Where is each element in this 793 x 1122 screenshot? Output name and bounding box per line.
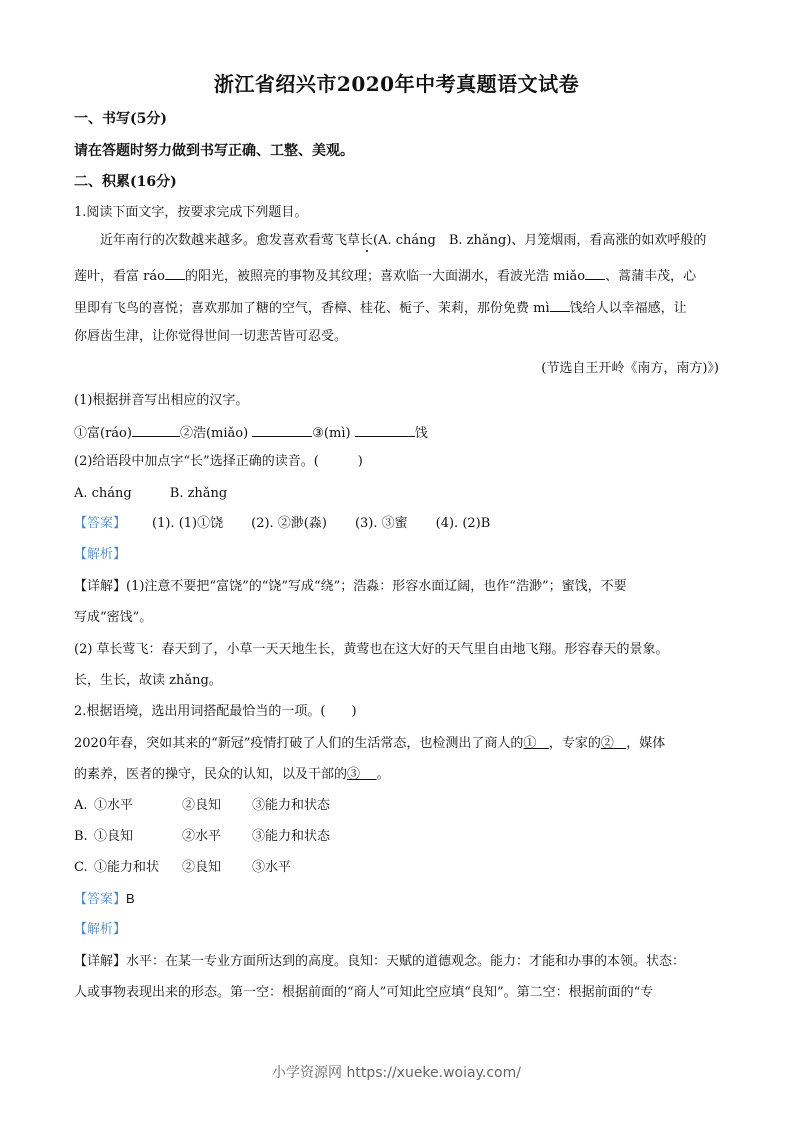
exam-page: 浙江省绍兴市2020年中考真题语文试卷 一、书写(5分) 请在答题时努力做到书写… [0,0,793,1122]
option-label: B. [74,828,94,846]
fill-blank [252,422,312,437]
option-choice-1: ①能力和状 [94,859,182,877]
blank-3: ③ [347,767,377,782]
q1-answer: 【答案】(1). (1)①饶(2). ②渺(淼)(3). ③蜜(4). (2)B [74,515,490,533]
passage-text: 近年南行的次数越来越多。愈发喜欢看莺飞草 [100,233,360,248]
q1-sub1-prompt: (1)根据拼音写出相应的汉字。 [74,392,248,410]
q1-stem: 1.阅读下面文字，按要求完成下列题目。 [74,204,307,222]
section1-heading: 一、书写(5分) [74,110,167,128]
passage-text: (A. cháng B. zhǎng)、月笼烟雨，看高涨的如欢呼般的 [373,233,706,248]
option-choice-1: ①良知 [94,828,182,846]
answer-tag: 【答案】 [74,892,126,907]
blank-2-label: ② [601,736,614,751]
q2-detail-line2: 人或事物表现出来的形态。第一空：根据前面的“商人”可知此空应填“良知”。第二空：… [74,984,653,1002]
q2-option-c: C.①能力和状②良知③水平 [74,859,291,877]
q1-passage-line3: 里即有飞鸟的喜悦；喜欢那加了糖的空气，香樟、桂花、栀子、茉莉，那份免费 mì饯给… [74,297,687,318]
option-choice-2: ②良知 [182,859,252,877]
footer-watermark: 小学资源网 https://xueke.woiay.com/ [0,1062,793,1082]
passage-text: ，专家的 [549,736,601,751]
q2-answer: 【答案】B [74,890,135,909]
passage-text: 饯给人以幸福感，让 [570,301,687,316]
q1-analysis-tag: 【解析】 [74,546,126,564]
option-choice-3: ③能力和状态 [252,829,330,844]
q1-sub2-options: A. chángB. zhǎng [74,485,227,503]
item-3-tail: 饯 [415,426,428,441]
q2-stem: 2.根据语境，选出用词搭配最恰当的一项。( ) [74,703,357,721]
q1-sub2-prompt: (2)给语段中加点字“长”选择正确的读音。( ) [74,453,363,471]
fill-blank [132,422,180,437]
blank-3-label: ③ [347,767,360,782]
q1-passage-line4: 你唇齿生津，让你觉得世间一切悲苦皆可忍受。 [74,328,347,346]
document-title: 浙江省绍兴市2020年中考真题语文试卷 [0,68,793,97]
answer-tag: 【答案】 [74,516,126,531]
detail-text: 水平：在某一专业方面所达到的高度。良知：天赋的道德观念。能力：才能和办事的本领。… [126,954,685,969]
q1-detail-line2: 写成“密饯”。 [74,609,152,627]
detail-tag: 【详解】 [74,954,126,969]
section1-instruction: 请在答题时努力做到书写正确、工整、美观。 [74,142,354,160]
q1-sub1-items: ①富(ráo)②浩(miǎo) ③(mì) 饯 [74,422,428,443]
q2-analysis-tag: 【解析】 [74,921,126,939]
option-a: A. cháng [74,486,132,501]
option-choice-3: ③能力和状态 [252,798,330,813]
q2-passage-line2: 的素养，医者的操守，民众的认知，以及干部的③ 。 [74,766,390,784]
answer-3: (3). ③蜜 [355,516,408,531]
q2-option-b: B.①良知②水平③能力和状态 [74,828,330,846]
dotted-char: 长 [360,233,373,248]
q2-detail-line1: 【详解】水平：在某一专业方面所达到的高度。良知：天赋的道德观念。能力：才能和办事… [74,953,685,971]
fill-blank [165,265,185,280]
passage-text: 。 [377,767,390,782]
blank-1-label: ① [523,736,536,751]
detail-text: (1)注意不要把“富饶”的“饶”写成“绕”；浩淼：形容水面辽阔，也作“浩渺”；蜜… [126,579,627,594]
q1-detail-line3: (2) 草长莺飞：春天到了，小草一天天地生长，黄莺也在这大好的天气里自由地飞翔。… [74,641,669,659]
passage-text: 里即有飞鸟的喜悦；喜欢那加了糖的空气，香樟、桂花、栀子、茉莉，那份免费 mì [74,301,550,316]
passage-text: 、蒿蒲丰茂，心 [605,269,696,284]
fill-blank [355,422,415,437]
fill-blank [550,297,570,312]
item-3: ③(mì) [312,426,354,441]
answer-1: (1). (1)①饶 [152,516,223,531]
detail-tag: 【详解】 [74,579,126,594]
passage-text: 的素养，医者的操守，民众的认知，以及干部的 [74,767,347,782]
answer-4: (4). (2)B [436,516,491,531]
option-choice-2: ②水平 [182,828,252,846]
passage-text: 莲叶，看富 ráo [74,269,165,284]
item-2: ②浩(miǎo) [180,426,252,441]
option-choice-3: ③水平 [252,860,291,875]
section2-heading: 二、积累(16分) [74,173,177,191]
passage-text: 2020年春，突如其来的“新冠”疫情打破了人们的生活常态，也检测出了商人的 [74,736,523,751]
q2-passage-line1: 2020年春，突如其来的“新冠”疫情打破了人们的生活常态，也检测出了商人的① ，… [74,735,665,753]
answer-2: (2). ②渺(淼) [251,516,327,531]
passage-text: 的阳光，被照亮的事物及其纹理；喜欢临一大面湖水，看波光浩 miǎo [185,269,585,284]
option-choice-2: ②良知 [182,797,252,815]
q2-option-a: A.①水平②良知③能力和状态 [74,797,330,815]
item-1: ①富(ráo) [74,426,132,441]
answer-value: B [126,891,135,906]
q1-passage-line2: 莲叶，看富 ráo的阳光，被照亮的事物及其纹理；喜欢临一大面湖水，看波光浩 mi… [74,265,696,286]
q1-passage-line1: 近年南行的次数越来越多。愈发喜欢看莺飞草长(A. cháng B. zhǎng)… [100,232,706,250]
option-label: A. [74,797,94,815]
blank-2: ② [601,736,626,751]
option-b: B. zhǎng [170,486,227,501]
option-label: C. [74,859,94,877]
q1-detail-line1: 【详解】(1)注意不要把“富饶”的“饶”写成“绕”；浩淼：形容水面辽阔，也作“浩… [74,578,627,596]
fill-blank [585,265,605,280]
q1-detail-line4: 长，生长，故读 zhǎng。 [74,672,222,690]
q1-source: (节选自王开岭《南方，南方)》) [541,360,719,378]
passage-text: ，媒体 [626,736,665,751]
blank-1: ① [523,736,548,751]
option-choice-1: ①水平 [94,797,182,815]
